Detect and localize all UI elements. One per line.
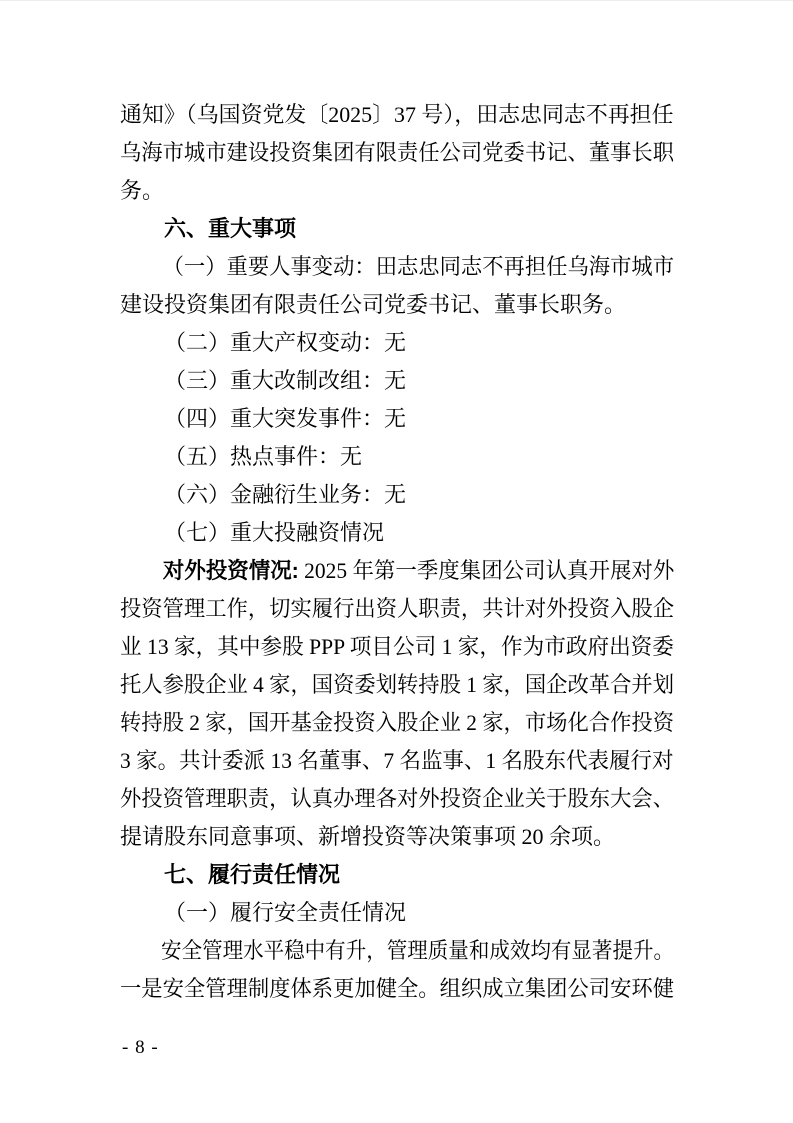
section-heading: 七、履行责任情况 bbox=[120, 856, 674, 894]
text-line: （五）热点事件：无 bbox=[120, 438, 674, 476]
text-line: 业 13 家，其中参股 PPP 项目公司 1 家，作为市政府出资委 bbox=[120, 628, 664, 666]
text-line: 转持股 2 家，国开基金投资入股企业 2 家，市场化合作投资 bbox=[120, 704, 657, 742]
text-line: （七）重大投融资情况 bbox=[120, 514, 674, 552]
text-line: （三）重大改制改组：无 bbox=[120, 362, 674, 400]
text-line: （一）重要人事变动：田志忠同志不再担任乌海市城市 bbox=[120, 248, 657, 286]
text-line: 提请股东同意事项、新增投资等决策事项 20 余项。 bbox=[120, 818, 674, 856]
text-line: 托人参股企业 4 家，国资委划转持股 1 家，国企改革合并划 bbox=[120, 666, 657, 704]
bold-lead-label: 对外投资情况: bbox=[163, 558, 299, 583]
text-line: 投资管理工作，切实履行出资人职责，共计对外投资入股企 bbox=[120, 590, 657, 628]
text-line: 务。 bbox=[120, 172, 674, 210]
text-line: 建设投资集团有限责任公司党委书记、董事长职务。 bbox=[120, 286, 674, 324]
text-line: 3 家。共计委派 13 名董事、7 名监事、1 名股东代表履行对 bbox=[120, 742, 661, 780]
text-line: 通知》（乌国资党发〔2025〕37 号），田志忠同志不再担任 bbox=[120, 96, 672, 134]
section-heading: 六、重大事项 bbox=[120, 210, 674, 248]
text-line: （二）重大产权变动：无 bbox=[120, 324, 674, 362]
page-number: - 8 - bbox=[122, 1035, 159, 1061]
document-page: 通知》（乌国资党发〔2025〕37 号），田志忠同志不再担任乌海市城市建设投资集… bbox=[0, 0, 793, 1123]
text-line: 外投资管理职责，认真办理各对外投资企业关于股东大会、 bbox=[120, 780, 657, 818]
text-line: 乌海市城市建设投资集团有限责任公司党委书记、董事长职 bbox=[120, 134, 657, 172]
text-line: （四）重大突发事件：无 bbox=[120, 400, 674, 438]
text-line: （六）金融衍生业务：无 bbox=[120, 476, 674, 514]
text-block: 通知》（乌国资党发〔2025〕37 号），田志忠同志不再担任乌海市城市建设投资集… bbox=[120, 96, 674, 1008]
text-line: 安全管理水平稳中有升，管理质量和成效均有显著提升。 bbox=[120, 932, 637, 970]
text-line: 一是安全管理制度体系更加健全。组织成立集团公司安环健 bbox=[120, 970, 657, 1008]
text-line: 对外投资情况: 2025 年第一季度集团公司认真开展对外 bbox=[120, 552, 660, 590]
sub-heading: （一）履行安全责任情况 bbox=[120, 894, 674, 932]
